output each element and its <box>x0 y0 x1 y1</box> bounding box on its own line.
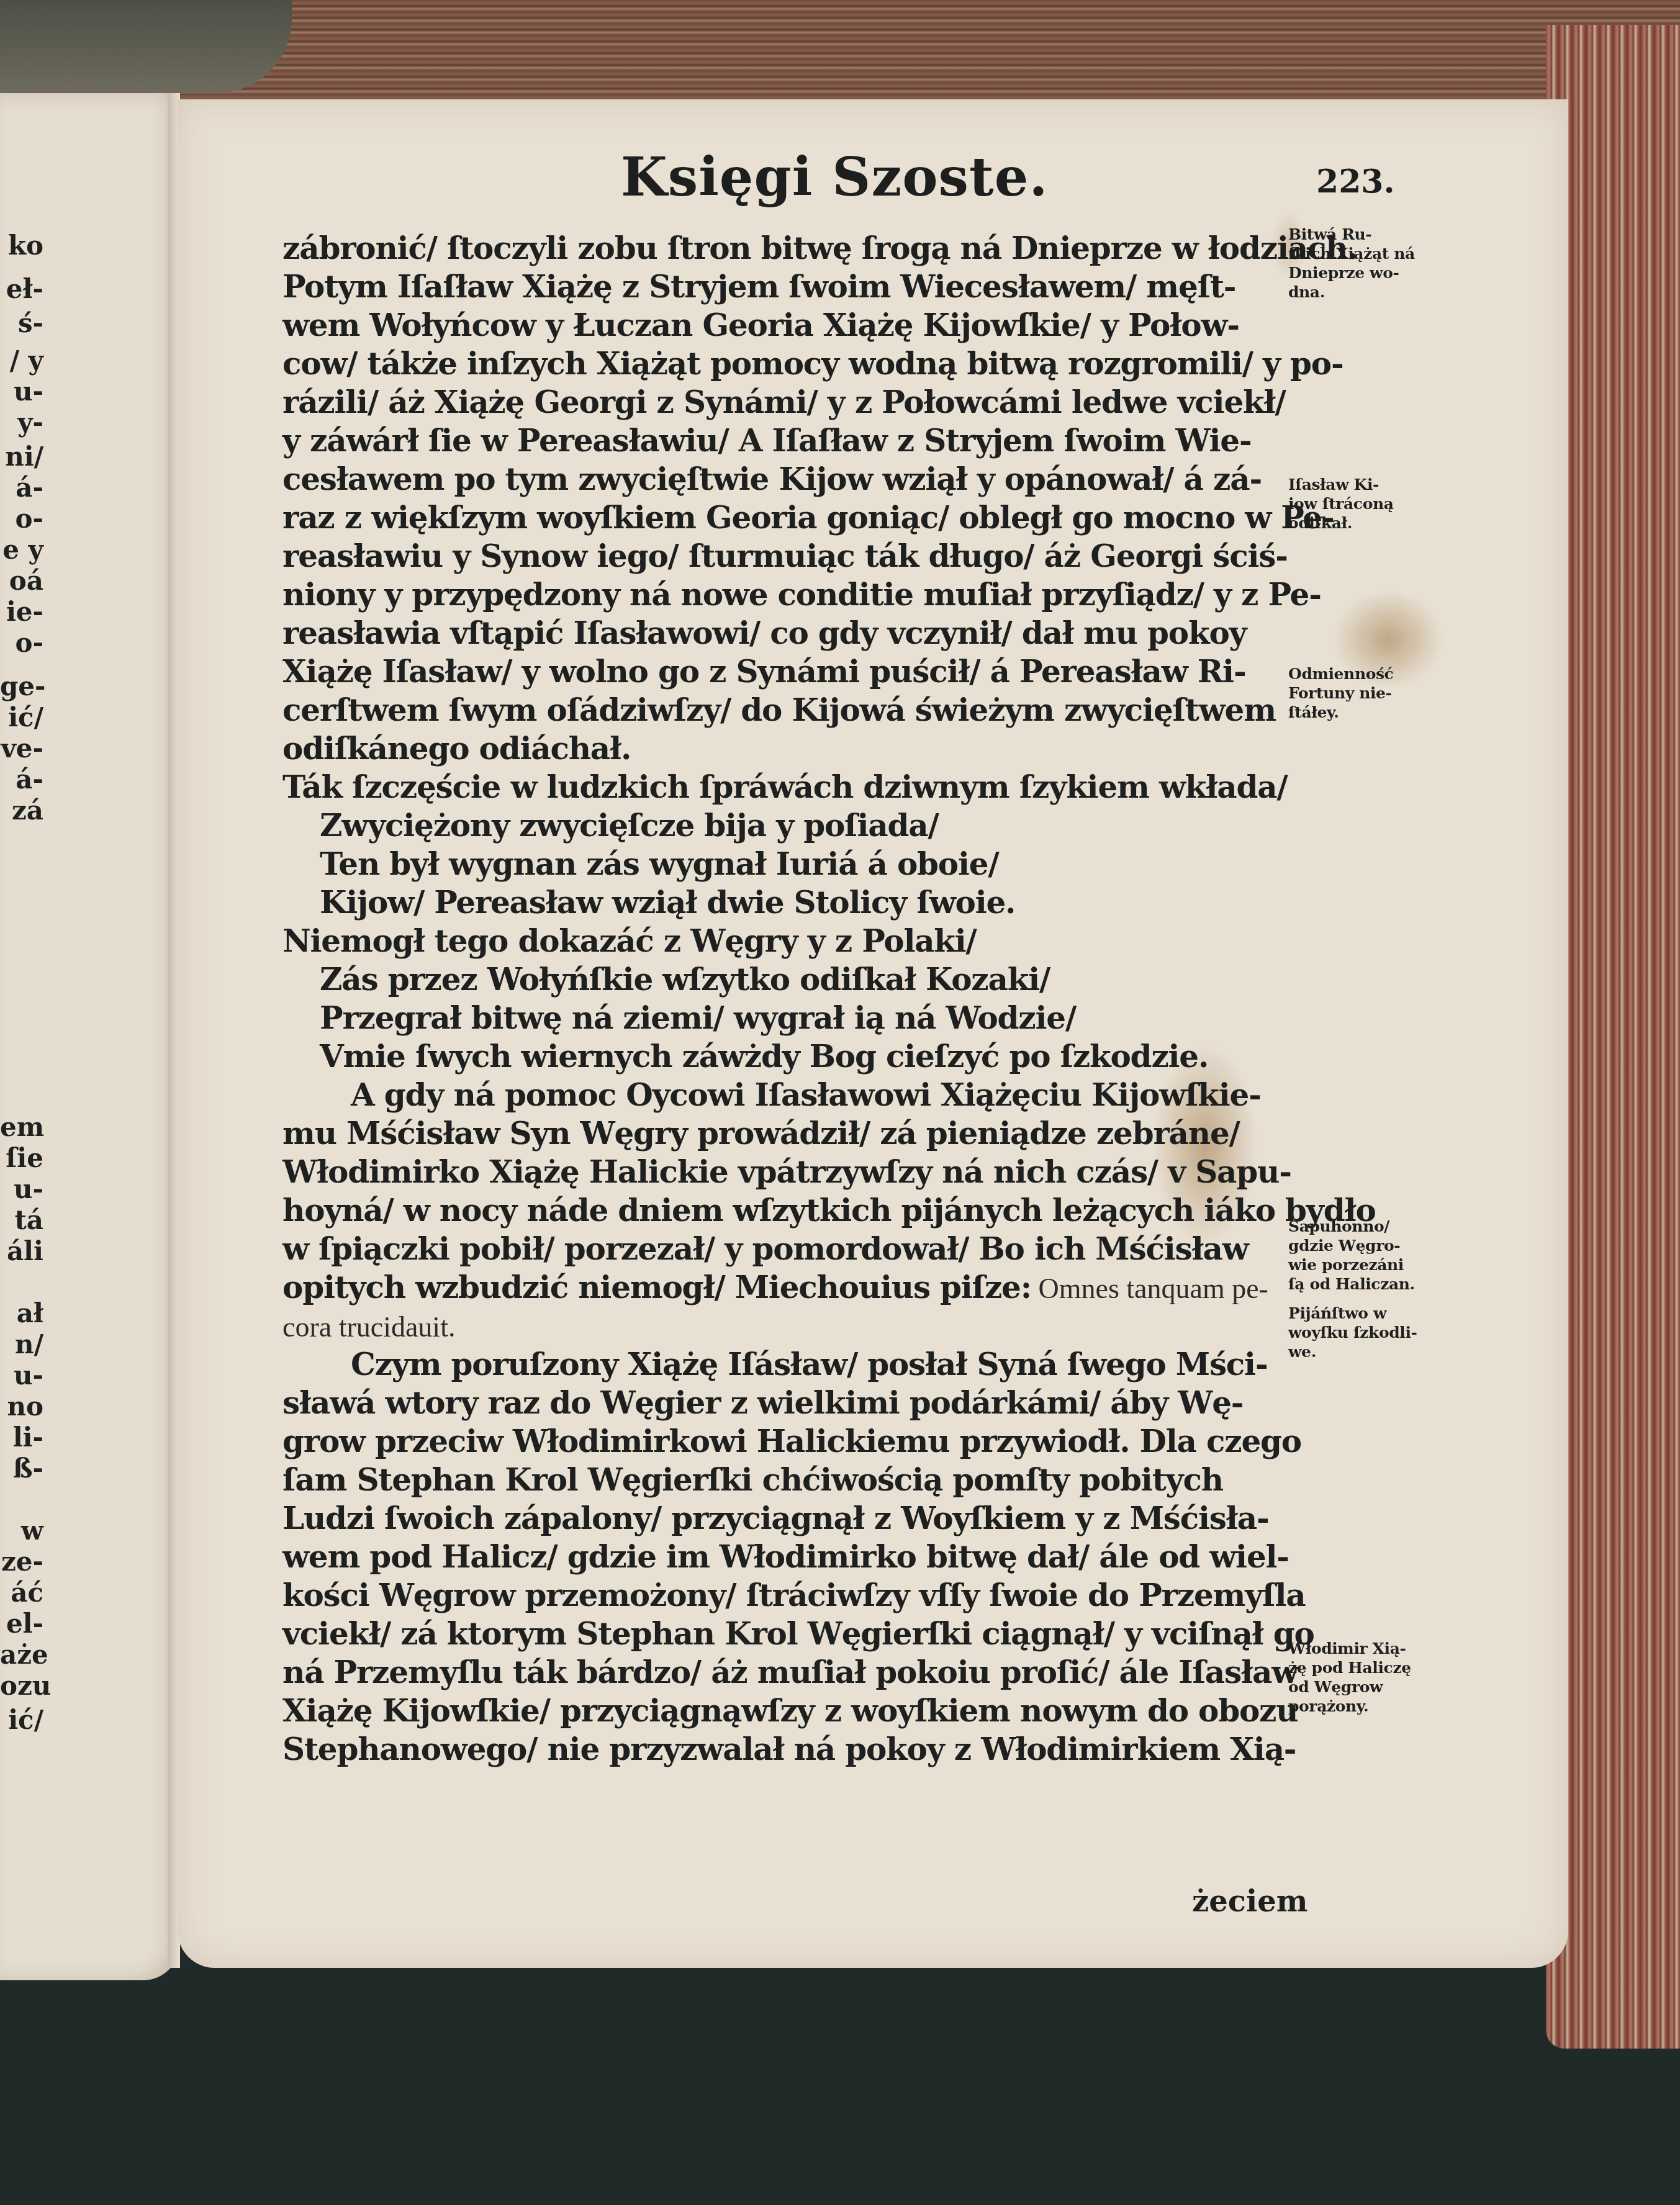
margin-note-line: Pijáńſtwo w <box>1288 1304 1475 1323</box>
line-text: Xiążę Kijowſkie/ przyciągnąwſzy z woyſki… <box>282 1692 1298 1729</box>
text-line: raz z więkſzym woyſkiem Georia goniąc/ o… <box>282 502 1334 533</box>
text-line: cesławem po tym zwycięſtwie Kijow wziął … <box>282 464 1262 495</box>
line-text: Zás przez Wołyńſkie wſzytko odiſkał Koza… <box>320 961 1050 998</box>
line-text: ná Przemyſlu ták bárdzo/ áż muſiał pokoi… <box>282 1654 1298 1690</box>
margin-note-line: ſtáłey. <box>1288 703 1475 722</box>
line-text: kości Węgrow przemożony/ ſtráciwſzy vſſy… <box>282 1577 1305 1613</box>
text-line: Xiążę Iſasław/ y wolno go z Synámi puści… <box>282 656 1245 687</box>
left-page-fragment: ko <box>0 233 43 259</box>
left-page-fragment: áć <box>0 1580 43 1606</box>
margin-note-line: Włodimir Xią- <box>1288 1639 1475 1658</box>
line-text: Ták ſzczęście w ludzkich ſpráwách dziwny… <box>282 769 1287 805</box>
line-text: hoyná/ w nocy náde dniem wſzytkich piján… <box>282 1192 1376 1229</box>
left-page-fragment: no <box>0 1394 43 1420</box>
text-line: vciekł/ zá ktorym Stephan Krol Węgierſki… <box>282 1618 1314 1649</box>
left-page-fragment: u- <box>0 1363 43 1389</box>
margin-note: Iſasław Ki-iow ſtráconąodiſkał. <box>1288 475 1475 533</box>
margin-note-line: ſą od Haliczan. <box>1288 1274 1475 1294</box>
text-line: hoyná/ w nocy náde dniem wſzytkich piján… <box>282 1195 1376 1226</box>
text-line: sławá wtory raz do Węgier z wielkimi pod… <box>282 1387 1243 1418</box>
left-page-fragment: ić/ <box>0 1707 43 1733</box>
text-line: reasławia vſtąpić Iſasławowi/ co gdy vcz… <box>282 618 1246 649</box>
line-text: Przegrał bitwę ná ziemi/ wygrał ią ná Wo… <box>320 999 1076 1036</box>
left-page-fragment: eł- <box>0 276 43 302</box>
left-page-fragment: ni/ <box>0 444 43 470</box>
margin-note-line: Sapuhonno/ <box>1288 1217 1475 1236</box>
verse-line: Kijow/ Pereasław wziął dwie Stolicy ſwoi… <box>320 887 1015 918</box>
left-page-fragment: ve- <box>0 736 43 762</box>
text-line: rázili/ áż Xiążę Georgi z Synámi/ y z Po… <box>282 387 1286 418</box>
latin-quotation: Omnes tanquam pe- <box>1031 1273 1268 1304</box>
text-line: w ſpiączki pobił/ porzezał/ y pomordował… <box>282 1233 1249 1265</box>
margin-note-line: odiſkał. <box>1288 513 1475 533</box>
line-text: cerſtwem ſwym oſádziwſzy/ do Kijowá świe… <box>282 692 1276 728</box>
line-text: Potym Iſaſław Xiążę z Stryjem ſwoim Wiec… <box>282 268 1235 305</box>
margin-note-line: gdzie Węgro- <box>1288 1236 1475 1255</box>
running-head: Księgi Szoste. <box>621 146 1048 209</box>
left-page-fragment: zá <box>0 798 43 824</box>
text-line: Włodimirko Xiążę Halickie vpátrzywſzy ná… <box>282 1157 1291 1188</box>
line-text: Stephanowego/ nie przyzwalał ná pokoy z … <box>282 1731 1296 1767</box>
text-line: Potym Iſaſław Xiążę z Stryjem ſwoim Wiec… <box>282 271 1235 302</box>
text-line: zábronić/ ſtoczyli zobu ſtron bitwę ſrog… <box>282 233 1358 264</box>
catchword: żeciem <box>1192 1884 1308 1919</box>
margin-note: Pijáńſtwo wwoyſku ſzkodli-we. <box>1288 1304 1475 1361</box>
latin-quotation: cora trucidauit. <box>282 1311 455 1343</box>
line-text: Zwyciężony zwycięſcze bija y poſiada/ <box>320 807 938 844</box>
verse-line: Ten był wygnan zás wygnał Iuriá á oboie/ <box>320 849 998 880</box>
line-text: opitych wzbudzić niemogł/ Miechouius piſ… <box>282 1269 1031 1305</box>
margin-note-line: Iſasław Ki- <box>1288 475 1475 494</box>
left-page-fragment: oá <box>0 568 43 594</box>
left-page-fragment: ał <box>0 1301 43 1327</box>
line-text: reasławiu y Synow iego/ ſturmuiąc ták dł… <box>282 538 1288 574</box>
line-text: Czym poruſzony Xiążę Iſásław/ posłał Syn… <box>351 1346 1267 1382</box>
left-page-fragment: e y <box>0 537 43 563</box>
verse-line: Przegrał bitwę ná ziemi/ wygrał ią ná Wo… <box>320 1003 1076 1034</box>
line-text: odiſkánego odiáchał. <box>282 730 631 767</box>
page-number: 223. <box>1316 163 1395 201</box>
margin-note-line: dna. <box>1288 282 1475 302</box>
margin-note-line: porążony. <box>1288 1697 1475 1716</box>
margin-note-line: żę pod Haliczę <box>1288 1658 1475 1677</box>
margin-note-line: Bitwá Ru- <box>1288 225 1475 244</box>
left-page-fragment: em <box>0 1114 43 1140</box>
margin-note-line: Dnieprze wo- <box>1288 263 1475 282</box>
margin-note: Bitwá Ru-ſkich Xiążąt náDnieprze wo-dna. <box>1288 225 1475 302</box>
left-page-fragment: ge- <box>0 674 43 700</box>
line-text: reasławia vſtąpić Iſasławowi/ co gdy vcz… <box>282 615 1246 651</box>
left-page-fragment: á- <box>0 475 43 501</box>
margin-note: Włodimir Xią-żę pod Haliczęod Węgrowporą… <box>1288 1639 1475 1716</box>
text-line: grow przeciw Włodimirkowi Halickiemu prz… <box>282 1426 1301 1457</box>
margin-note-line: wie porzezáni <box>1288 1255 1475 1274</box>
text-line: Ludzi ſwoich zápalony/ przyciągnął z Woy… <box>282 1503 1269 1534</box>
text-line: Stephanowego/ nie przyzwalał ná pokoy z … <box>282 1734 1296 1765</box>
line-text: cow/ tákże inſzych Xiążąt pomocy wodną b… <box>282 345 1344 382</box>
line-text: Niemogł tego dokazáć z Węgry y z Polaki/ <box>282 922 977 959</box>
text-line: cora trucidauit. <box>282 1310 455 1341</box>
verse-line: Ták ſzczęście w ludzkich ſpráwách dziwny… <box>282 772 1287 803</box>
line-text: sławá wtory raz do Węgier z wielkimi pod… <box>282 1384 1243 1421</box>
line-text: Ludzi ſwoich zápalony/ przyciągnął z Woy… <box>282 1500 1269 1536</box>
line-text: mu Mśćisław Syn Węgry prowádził/ zá pien… <box>282 1115 1240 1152</box>
left-page-fragment: ſie <box>0 1145 43 1171</box>
text-line: reasławiu y Synow iego/ ſturmuiąc ták dł… <box>282 541 1288 572</box>
left-page-fragment: ze- <box>0 1549 43 1575</box>
text-line: ná Przemyſlu ták bárdzo/ áż muſiał pokoi… <box>282 1657 1298 1688</box>
text-line: y záwárł ſie w Pereasławiu/ A Iſaſław z … <box>282 425 1251 456</box>
margin-note: OdmiennośćFortuny nie-ſtáłey. <box>1288 664 1475 722</box>
line-text: Ten był wygnan zás wygnał Iuriá á oboie/ <box>320 845 998 882</box>
text-line: niony y przypędzony ná nowe conditie muſ… <box>282 579 1321 610</box>
left-page-fragment: y- <box>0 410 43 436</box>
line-text: Kijow/ Pereasław wziął dwie Stolicy ſwoi… <box>320 884 1015 921</box>
text-line: kości Węgrow przemożony/ ſtráciwſzy vſſy… <box>282 1580 1305 1611</box>
left-page-fragment: á- <box>0 767 43 793</box>
text-line: wem pod Halicz/ gdzie im Włodimirko bitw… <box>282 1541 1289 1572</box>
left-page-fragment: tá <box>0 1207 43 1233</box>
verse-line: Vmie ſwych wiernych záwżdy Bog cieſzyć p… <box>320 1041 1208 1072</box>
left-page-fragment: ś- <box>0 310 43 336</box>
text-line: ſam Stephan Krol Węgierſki chćiwością po… <box>282 1464 1223 1495</box>
margin-note-line: ſkich Xiążąt ná <box>1288 244 1475 263</box>
margin-note-line: Fortuny nie- <box>1288 683 1475 703</box>
verse-line: Zás przez Wołyńſkie wſzytko odiſkał Koza… <box>320 964 1050 995</box>
left-page-fragment: o- <box>0 506 43 532</box>
left-page-fragment: el- <box>0 1611 43 1637</box>
line-text: zábronić/ ſtoczyli zobu ſtron bitwę ſrog… <box>282 230 1358 266</box>
text-line: wem Wołyńcow y Łuczan Georia Xiążę Kijow… <box>282 310 1239 341</box>
left-page-fragment: u- <box>0 1176 43 1202</box>
left-page-fragment: w <box>0 1518 43 1544</box>
text-line: Xiążę Kijowſkie/ przyciągnąwſzy z woyſki… <box>282 1695 1298 1726</box>
left-page-fragment: ß- <box>0 1456 43 1482</box>
line-text: wem pod Halicz/ gdzie im Włodimirko bitw… <box>282 1538 1289 1575</box>
left-page-fragment: ozu <box>0 1673 43 1699</box>
margin-note-line: Odmienność <box>1288 664 1475 683</box>
verse-line: Niemogł tego dokazáć z Węgry y z Polaki/ <box>282 926 977 957</box>
left-page-fragment: o- <box>0 630 43 656</box>
line-text: vciekł/ zá ktorym Stephan Krol Węgierſki… <box>282 1615 1314 1652</box>
left-page-fragment: aże <box>0 1642 43 1668</box>
line-text: ſam Stephan Krol Węgierſki chćiwością po… <box>282 1461 1223 1498</box>
left-page-fragment: n/ <box>0 1332 43 1358</box>
left-page-fragment: áli <box>0 1238 43 1265</box>
left-page-fragment: u- <box>0 379 43 405</box>
left-page-fragment: ie- <box>0 599 43 625</box>
line-text: wem Wołyńcow y Łuczan Georia Xiążę Kijow… <box>282 307 1239 343</box>
text-line: cerſtwem ſwym oſádziwſzy/ do Kijowá świe… <box>282 695 1276 726</box>
line-text: rázili/ áż Xiążę Georgi z Synámi/ y z Po… <box>282 384 1286 420</box>
line-text: cesławem po tym zwycięſtwie Kijow wziął … <box>282 461 1262 497</box>
line-text: grow przeciw Włodimirkowi Halickiemu prz… <box>282 1423 1301 1459</box>
verse-line: Zwyciężony zwycięſcze bija y poſiada/ <box>320 810 938 841</box>
left-page-fragment: / y <box>0 348 43 374</box>
line-text: Xiążę Iſasław/ y wolno go z Synámi puści… <box>282 653 1245 690</box>
text-line: opitych wzbudzić niemogł/ Miechouius piſ… <box>282 1272 1268 1303</box>
line-text: Vmie ſwych wiernych záwżdy Bog cieſzyć p… <box>320 1038 1208 1075</box>
line-text: raz z więkſzym woyſkiem Georia goniąc/ o… <box>282 499 1334 536</box>
margin-note: Sapuhonno/gdzie Węgro-wie porzezániſą od… <box>1288 1217 1475 1294</box>
text-line: odiſkánego odiáchał. <box>282 733 631 764</box>
line-text: y záwárł ſie w Pereasławiu/ A Iſaſław z … <box>282 422 1251 459</box>
text-line: A gdy ná pomoc Oycowi Iſasławowi Xiążęci… <box>351 1080 1261 1111</box>
book-binding-left <box>0 0 292 93</box>
margin-note-line: od Węgrow <box>1288 1677 1475 1697</box>
text-line: Czym poruſzony Xiążę Iſásław/ posłał Syn… <box>351 1349 1267 1380</box>
text-line: cow/ tákże inſzych Xiążąt pomocy wodną b… <box>282 348 1344 379</box>
margin-note-line: iow ſtráconą <box>1288 494 1475 513</box>
left-page-fragment: ić/ <box>0 705 43 731</box>
margin-note-line: woyſku ſzkodli- <box>1288 1323 1475 1342</box>
margin-note-line: we. <box>1288 1342 1475 1361</box>
text-line: mu Mśćisław Syn Węgry prowádził/ zá pien… <box>282 1118 1240 1149</box>
line-text: A gdy ná pomoc Oycowi Iſasławowi Xiążęci… <box>351 1076 1261 1113</box>
left-page-fragment: li- <box>0 1425 43 1451</box>
line-text: Włodimirko Xiążę Halickie vpátrzywſzy ná… <box>282 1153 1291 1190</box>
line-text: niony y przypędzony ná nowe conditie muſ… <box>282 576 1321 613</box>
line-text: w ſpiączki pobił/ porzezał/ y pomordował… <box>282 1230 1249 1267</box>
